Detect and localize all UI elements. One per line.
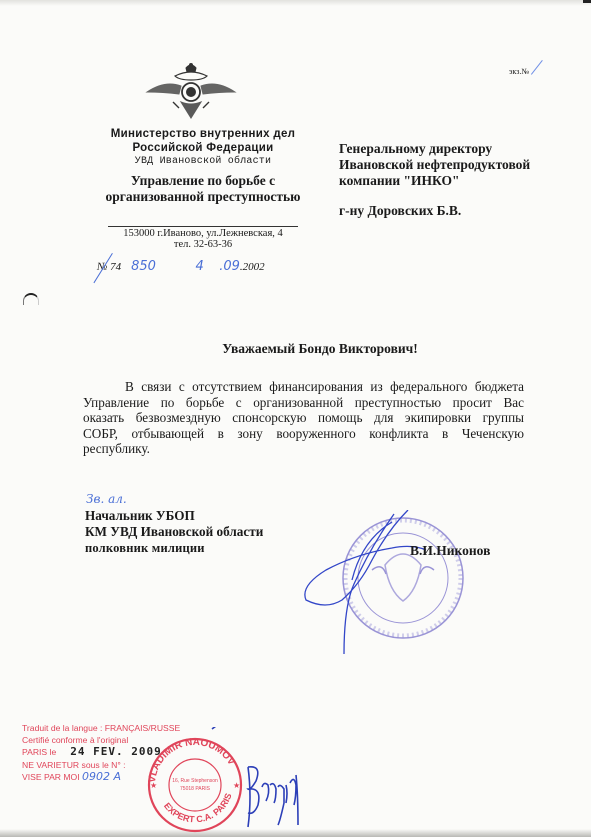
reg-day-handwritten: 4 bbox=[195, 259, 203, 274]
translator-stamp-icon: VLADIMIR NAOUMOV EXPERT C.A. PARIS 16, R… bbox=[120, 727, 340, 837]
letterhead-divider bbox=[108, 226, 298, 227]
reg-year: .2002 bbox=[240, 261, 265, 273]
addressee-line-3: компании "ИНКО" bbox=[339, 173, 579, 189]
reg-month-handwritten: .09 bbox=[219, 259, 240, 274]
signer-title: Начальник УБОП КМ УВД Ивановской области… bbox=[85, 508, 263, 556]
department-line-1: Управление по борьбе с bbox=[88, 173, 318, 189]
department-name: Управление по борьбе с организованной пр… bbox=[88, 173, 318, 205]
scan-corner-mark bbox=[583, 0, 591, 3]
addressee-line-1: Генеральному директору bbox=[339, 141, 579, 157]
ministry-line-1: Министерство внутренних дел bbox=[88, 127, 318, 141]
department-line-2: организованной преступностью bbox=[88, 189, 318, 205]
ministry-name: Министерство внутренних дел Российской Ф… bbox=[88, 127, 318, 155]
svg-text:★: ★ bbox=[233, 781, 240, 790]
letterhead-address: 153000 г.Иваново, ул.Лежневская, 4 тел. … bbox=[88, 228, 318, 250]
addressee-name: г-ну Доровских Б.В. bbox=[339, 203, 461, 219]
phone-line: тел. 32-63-36 bbox=[88, 239, 318, 250]
stamp-bottom-text: EXPERT C.A. PARIS bbox=[162, 792, 234, 825]
page-edge-top bbox=[0, 0, 591, 6]
punch-hole-mark bbox=[23, 293, 39, 305]
reg-number-handwritten: 850 bbox=[131, 259, 156, 274]
translator-signature bbox=[248, 767, 298, 827]
svg-text:★: ★ bbox=[150, 781, 157, 790]
stamp-address-1: 16, Rue Stephenson bbox=[172, 778, 218, 784]
svg-text:VLADIMIR NAOUMOV: VLADIMIR NAOUMOV bbox=[147, 737, 237, 784]
greeting: Уважаемый Бондо Викторович! bbox=[80, 341, 560, 357]
handwritten-note: Зв. ал. bbox=[86, 492, 127, 506]
svg-text:EXPERT C.A. PARIS: EXPERT C.A. PARIS bbox=[162, 792, 234, 825]
signer-title-line-1: Начальник УБОП bbox=[85, 508, 263, 524]
addressee-line-2: Ивановской нефтепродуктовой bbox=[339, 157, 579, 173]
stamp-name-text: VLADIMIR NAOUMOV bbox=[147, 737, 237, 784]
ministry-line-2: Российской Федерации bbox=[88, 141, 318, 155]
registration-number: № 74850 4 .09.2002 bbox=[97, 259, 265, 274]
cert-place-label: PARIS le bbox=[22, 747, 56, 757]
official-seal-icon bbox=[300, 510, 500, 660]
addressee-block: Генеральному директору Ивановской нефтеп… bbox=[339, 141, 579, 189]
address-line: 153000 г.Иваново, ул.Лежневская, 4 bbox=[88, 228, 318, 239]
signer-title-line-3: полковник милиции bbox=[85, 540, 263, 556]
copy-number-handwritten bbox=[531, 60, 543, 75]
signer-name: В.И.Никонов bbox=[410, 543, 490, 559]
cert-visa-number: 0902 A bbox=[82, 770, 121, 783]
signer-title-line-2: КМ УВД Ивановской области bbox=[85, 524, 263, 540]
uvd-name: УВД Ивановской области bbox=[88, 156, 318, 167]
cert-visa-label: VISE PAR MOI bbox=[22, 772, 80, 782]
stamp-address-2: 75018 PARIS bbox=[180, 786, 211, 792]
mvd-eagle-emblem-icon bbox=[145, 62, 237, 120]
copy-number-label: экз.№ bbox=[509, 67, 529, 76]
letter-body: В связи с отсутствием финансирования из … bbox=[83, 379, 524, 457]
